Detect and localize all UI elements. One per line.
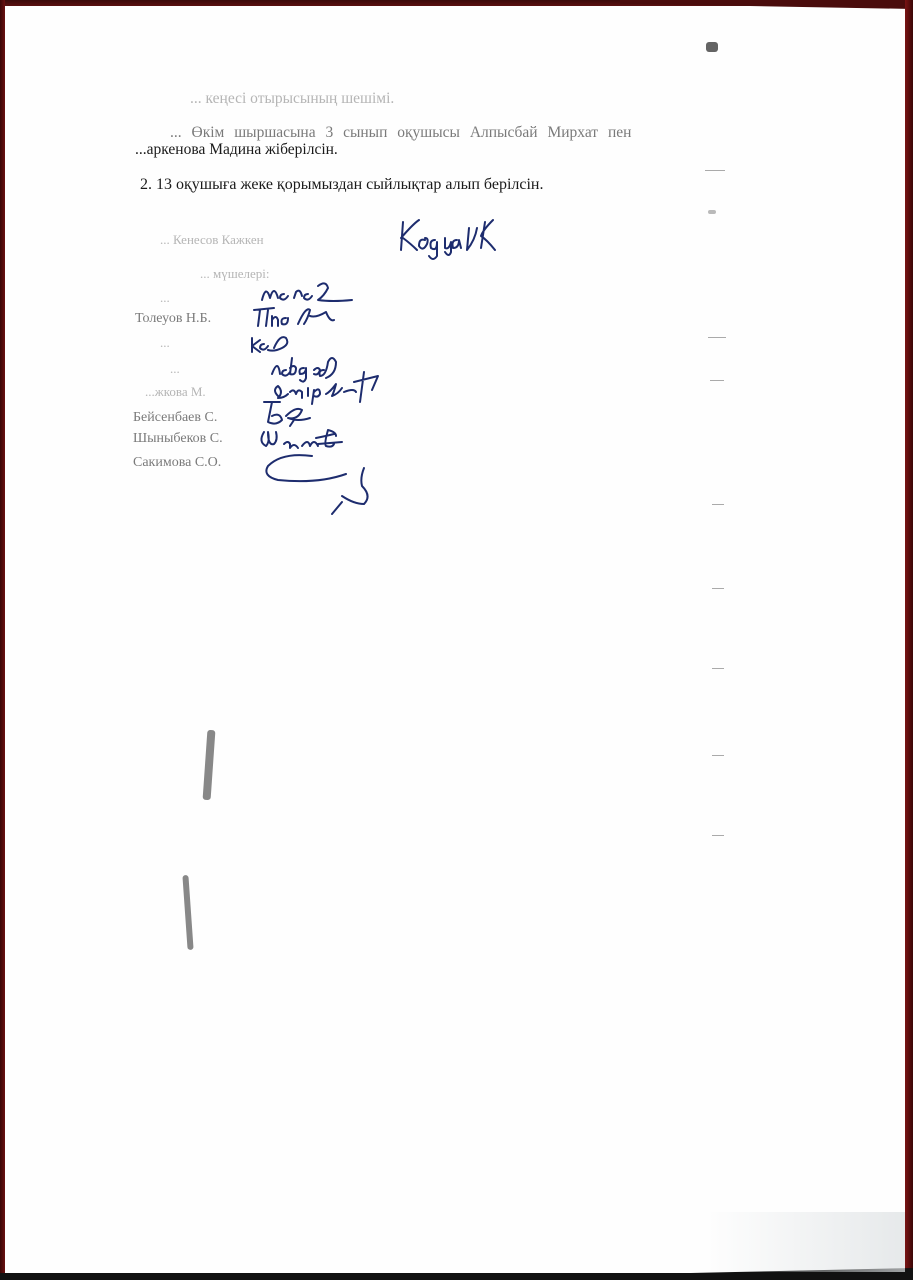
member-name-3: ... [160,335,170,351]
scan-smudge [203,730,216,800]
scan-smudge [182,875,193,950]
chair-signature [395,210,545,260]
margin-tick [708,337,726,338]
corner-shadow [705,1212,905,1272]
member-name-6: Бейсенбаев С. [133,410,217,426]
scan-mark [708,210,716,214]
scanned-page: ... кеңесі отырысының шешімі. ... Өкім ш… [0,0,913,1280]
margin-tick [712,835,724,836]
chair-label: ... Кенесов Кажкен [160,232,264,248]
member-signature-2 [250,302,340,332]
margin-tick [712,504,724,505]
page-edge-right [905,0,913,1280]
scan-mark [706,42,718,52]
item1-line2: ...аркенова Мадина жіберілсін. [135,141,338,159]
member-name-5: ...жкова М. [145,384,206,400]
decision-header: ... кеңесі отырысының шешімі. [190,90,394,108]
margin-tick [705,170,725,171]
page-edge-left [0,0,5,1280]
margin-tick [712,588,724,589]
member-name-7: Шыныбеков С. [133,431,223,447]
item1-line1: ... Өкім шыршасына 3 сынып оқушысы Алпыс… [170,124,631,142]
member-name-4: ... [170,361,180,377]
margin-tick [712,668,724,669]
member-name-8: Сакимова С.О. [133,455,221,471]
member-signature-8 [262,448,392,518]
margin-tick [712,755,724,756]
member-name-2: Толеуов Н.Б. [135,311,211,327]
member-name-1: ... [160,290,170,306]
item2: 2. 13 оқушыға жеке қорымыздан сыйлықтар … [140,176,543,194]
margin-tick [710,380,724,381]
